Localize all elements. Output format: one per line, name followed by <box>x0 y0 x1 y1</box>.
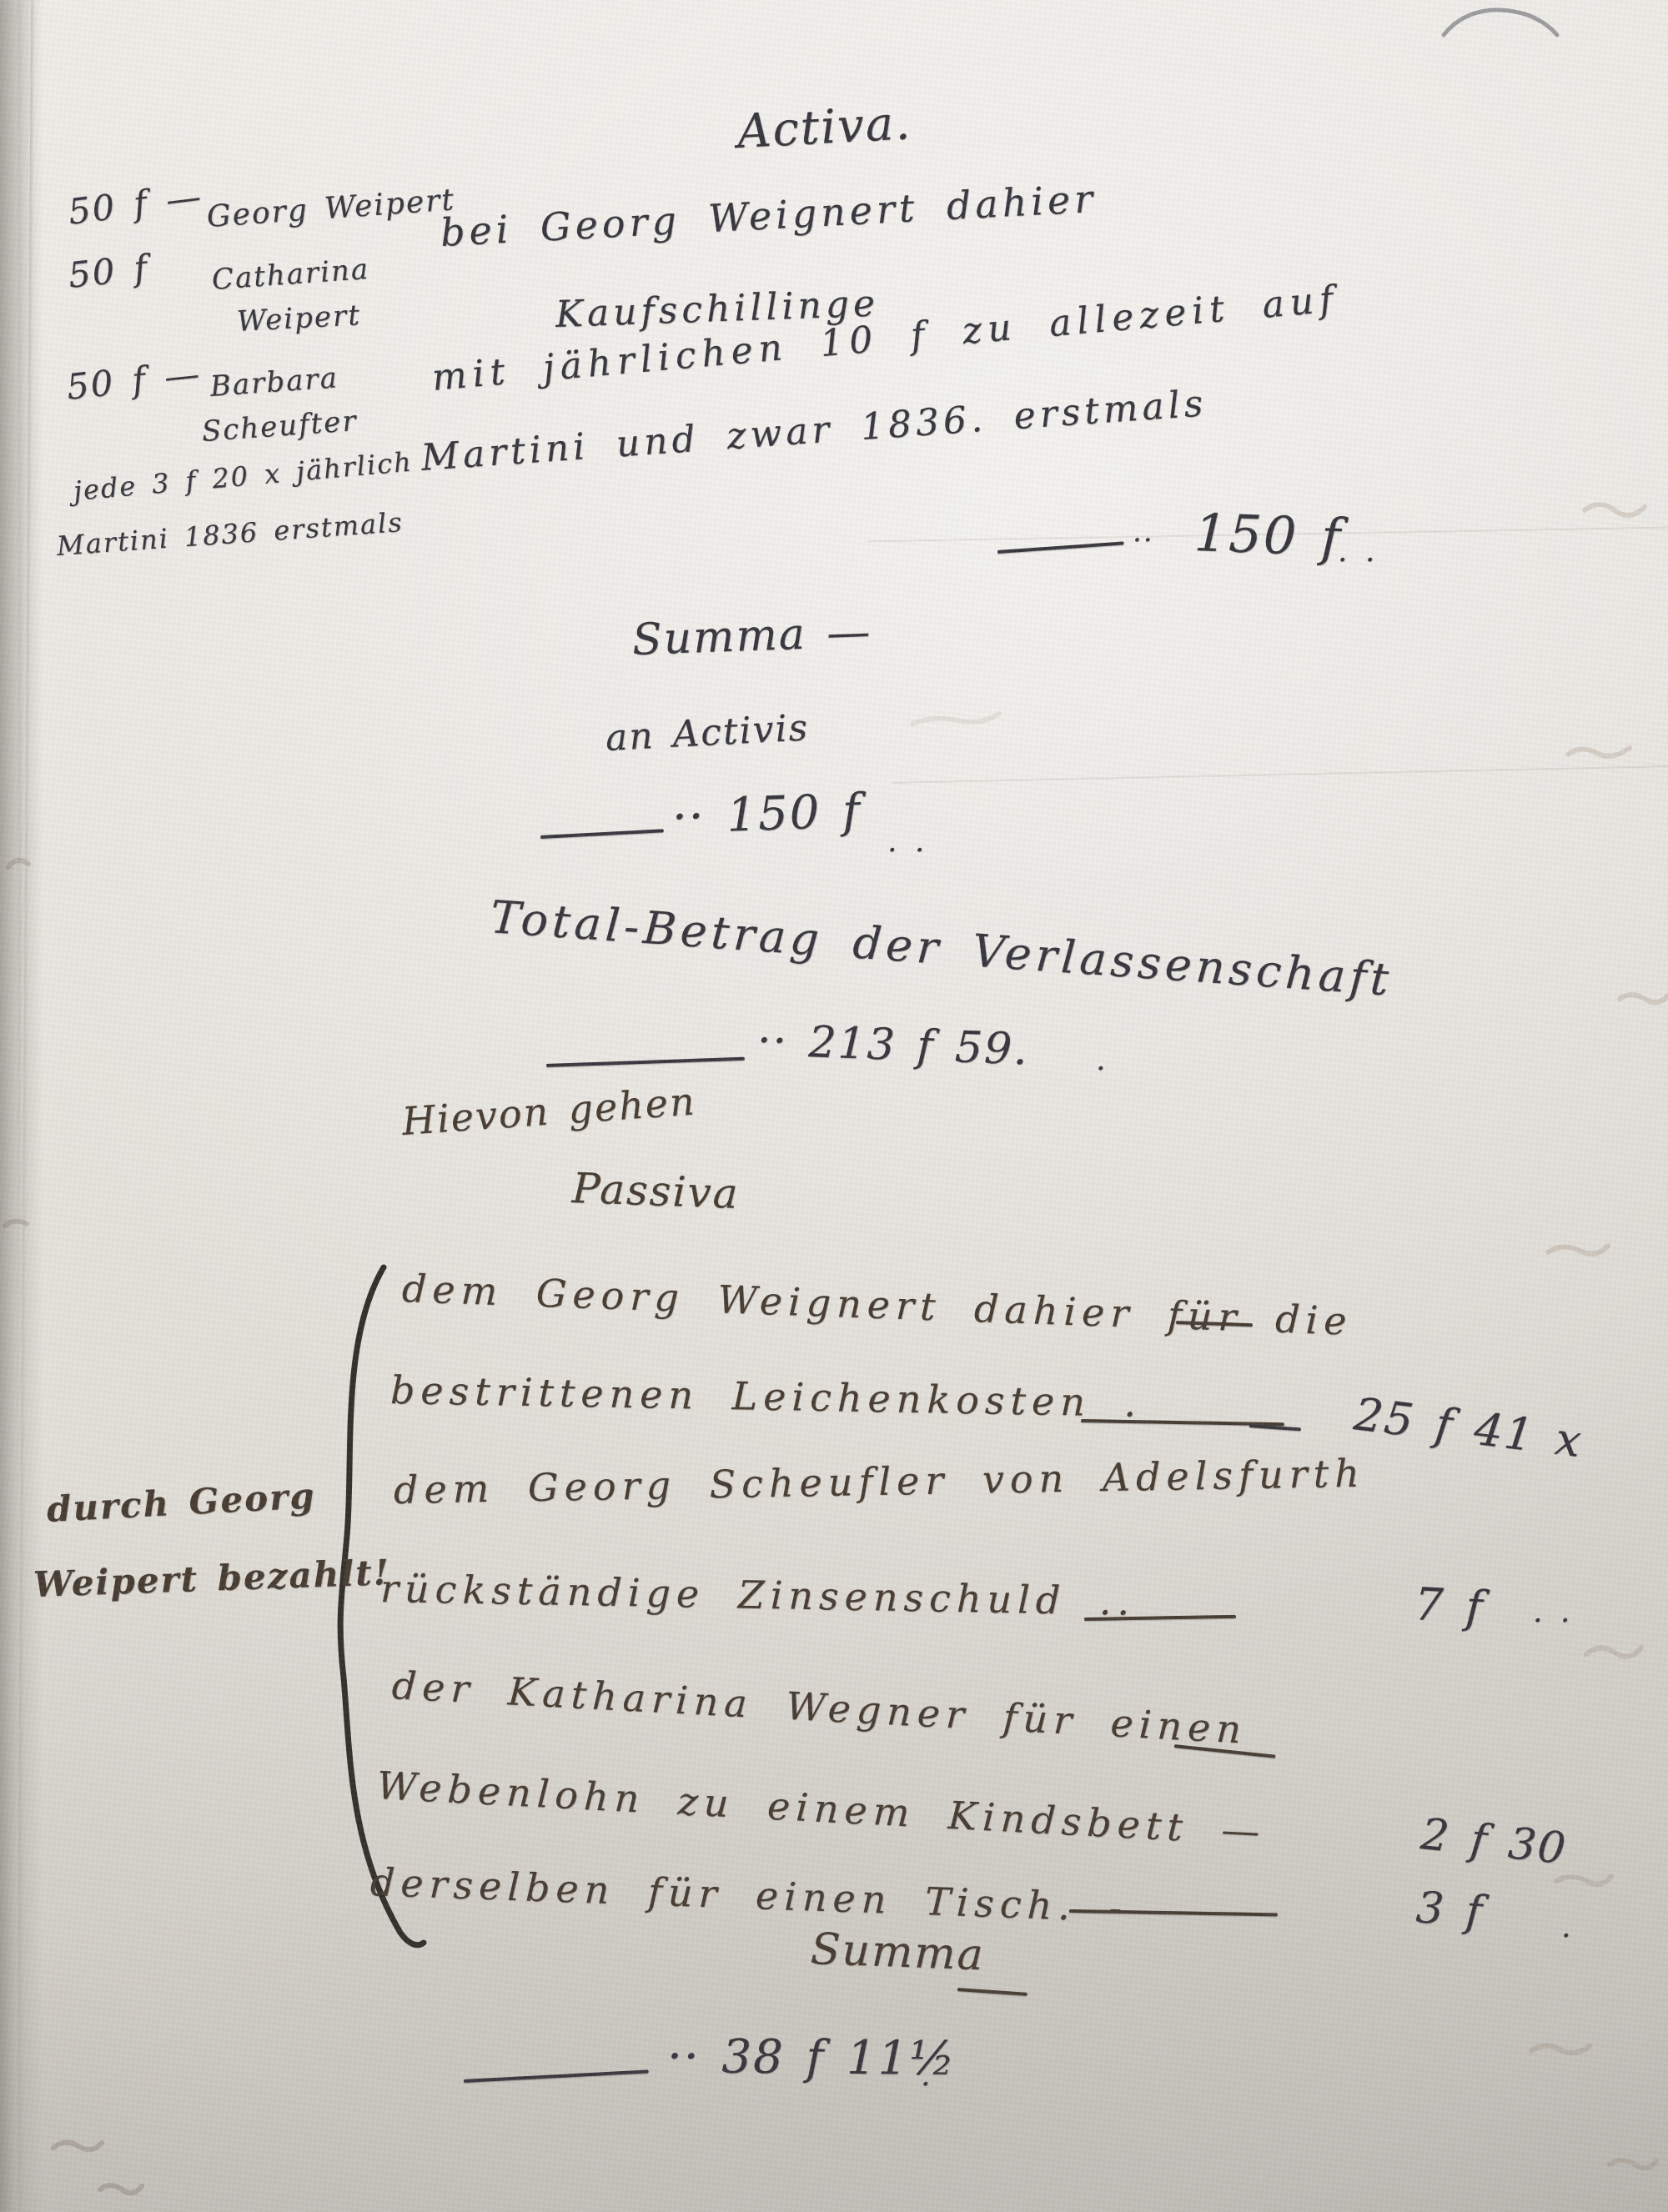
total-trailing-dot: · <box>1096 1052 1107 1086</box>
section-heading-activa: Activa. <box>736 96 912 159</box>
passiva-item2-trailing-dots: · · <box>1533 1604 1571 1638</box>
passiva-item1-amount-dash <box>1249 1424 1301 1431</box>
margin-name-3-line2: Scheufter <box>201 404 359 449</box>
total-label: Total-Betrag der Verlassenschaft <box>489 890 1394 1006</box>
summa-activa-rule <box>540 829 664 839</box>
passiva-item2-line2: rückständige Zinsenschuld .. <box>380 1566 1136 1624</box>
summa-passiva-trailing-dot: · <box>921 2068 932 2102</box>
summa-activa-sublabel: an Activis <box>605 706 811 760</box>
margin-name-2-line1: Catharina <box>211 253 371 297</box>
activa-line-4: Martini und zwar 1836. erstmals <box>420 382 1208 479</box>
summa-activa-label: Summa — <box>631 607 872 665</box>
corner-pen-mark <box>1439 3 1564 45</box>
margin-interest-note-line2: Martini 1836 erstmals <box>56 506 404 562</box>
total-amount: ·· 213 f 59. <box>756 1016 1030 1075</box>
section-heading-passiva: Passiva <box>571 1164 740 1218</box>
total-rule <box>546 1057 745 1067</box>
passiva-intro: Hievon gehen <box>400 1078 697 1144</box>
margin-name-2-line2: Weipert <box>236 298 362 339</box>
margin-name-1: Georg Weipert <box>206 183 456 234</box>
margin-amount-1: 50 f — <box>66 175 204 232</box>
activa-amount-trailing-dots: · · <box>1338 544 1376 578</box>
summa-passiva-amount: ·· 38 f 11½ <box>667 2029 957 2086</box>
passiva-item3-amount-b: 3 f <box>1414 1883 1485 1937</box>
summa-activa-amount: ·· 150 f <box>671 784 862 845</box>
activa-amount: 150 f <box>1193 502 1343 568</box>
summa-passiva-rule <box>464 2069 649 2083</box>
passiva-item1-line1: dem Georg Weignert dahier für die <box>401 1266 1353 1344</box>
margin-interest-note-line1: jede 3 f 20 x jährlich <box>72 446 414 507</box>
margin-paid-note-line1: durch Georg <box>46 1475 317 1530</box>
passiva-item3-trailing-dot: · <box>1561 1919 1572 1954</box>
passiva-item3-line3: derselben für einen Tisch. - <box>369 1859 1128 1931</box>
margin-amount-3: 50 f — <box>64 353 203 408</box>
margin-name-3-line1: Barbara <box>209 361 339 404</box>
summa-passiva-flourish <box>957 1988 1027 1996</box>
passiva-item1-line2: bestrittenen Leichenkosten . <box>390 1367 1143 1426</box>
activa-line-1: bei Georg Weignert dahier <box>440 176 1098 255</box>
summa-activa-trailing-dots: · · <box>887 834 926 868</box>
margin-amount-2: 50 f <box>66 247 150 296</box>
passiva-item2-line1: dem Georg Scheufler von Adelsfurth <box>394 1451 1366 1512</box>
passiva-item2-amount: 7 f <box>1413 1577 1485 1633</box>
passiva-item3-line2: Webenlohn zu einem Kindsbett — <box>376 1763 1267 1854</box>
passiva-item3-line1: der Katharina Wegner für einen <box>391 1663 1248 1753</box>
passiva-item1-amount: 25 f 41 x <box>1351 1387 1585 1467</box>
paper-fold-line <box>892 765 1668 783</box>
summa-passiva-label: Summa <box>810 1924 986 1980</box>
passiva-item3-amount-a: 2 f 30 <box>1419 1809 1570 1874</box>
activa-amount-prefix-dots: ·· <box>1133 524 1154 557</box>
manuscript-page: Activa. 50 f — Georg Weipert 50 f Cathar… <box>0 0 1668 2212</box>
margin-paid-note-line2: Weipert bezahlt! <box>33 1552 391 1605</box>
spine-shadow <box>0 0 43 2212</box>
activa-amount-rule <box>997 541 1124 554</box>
